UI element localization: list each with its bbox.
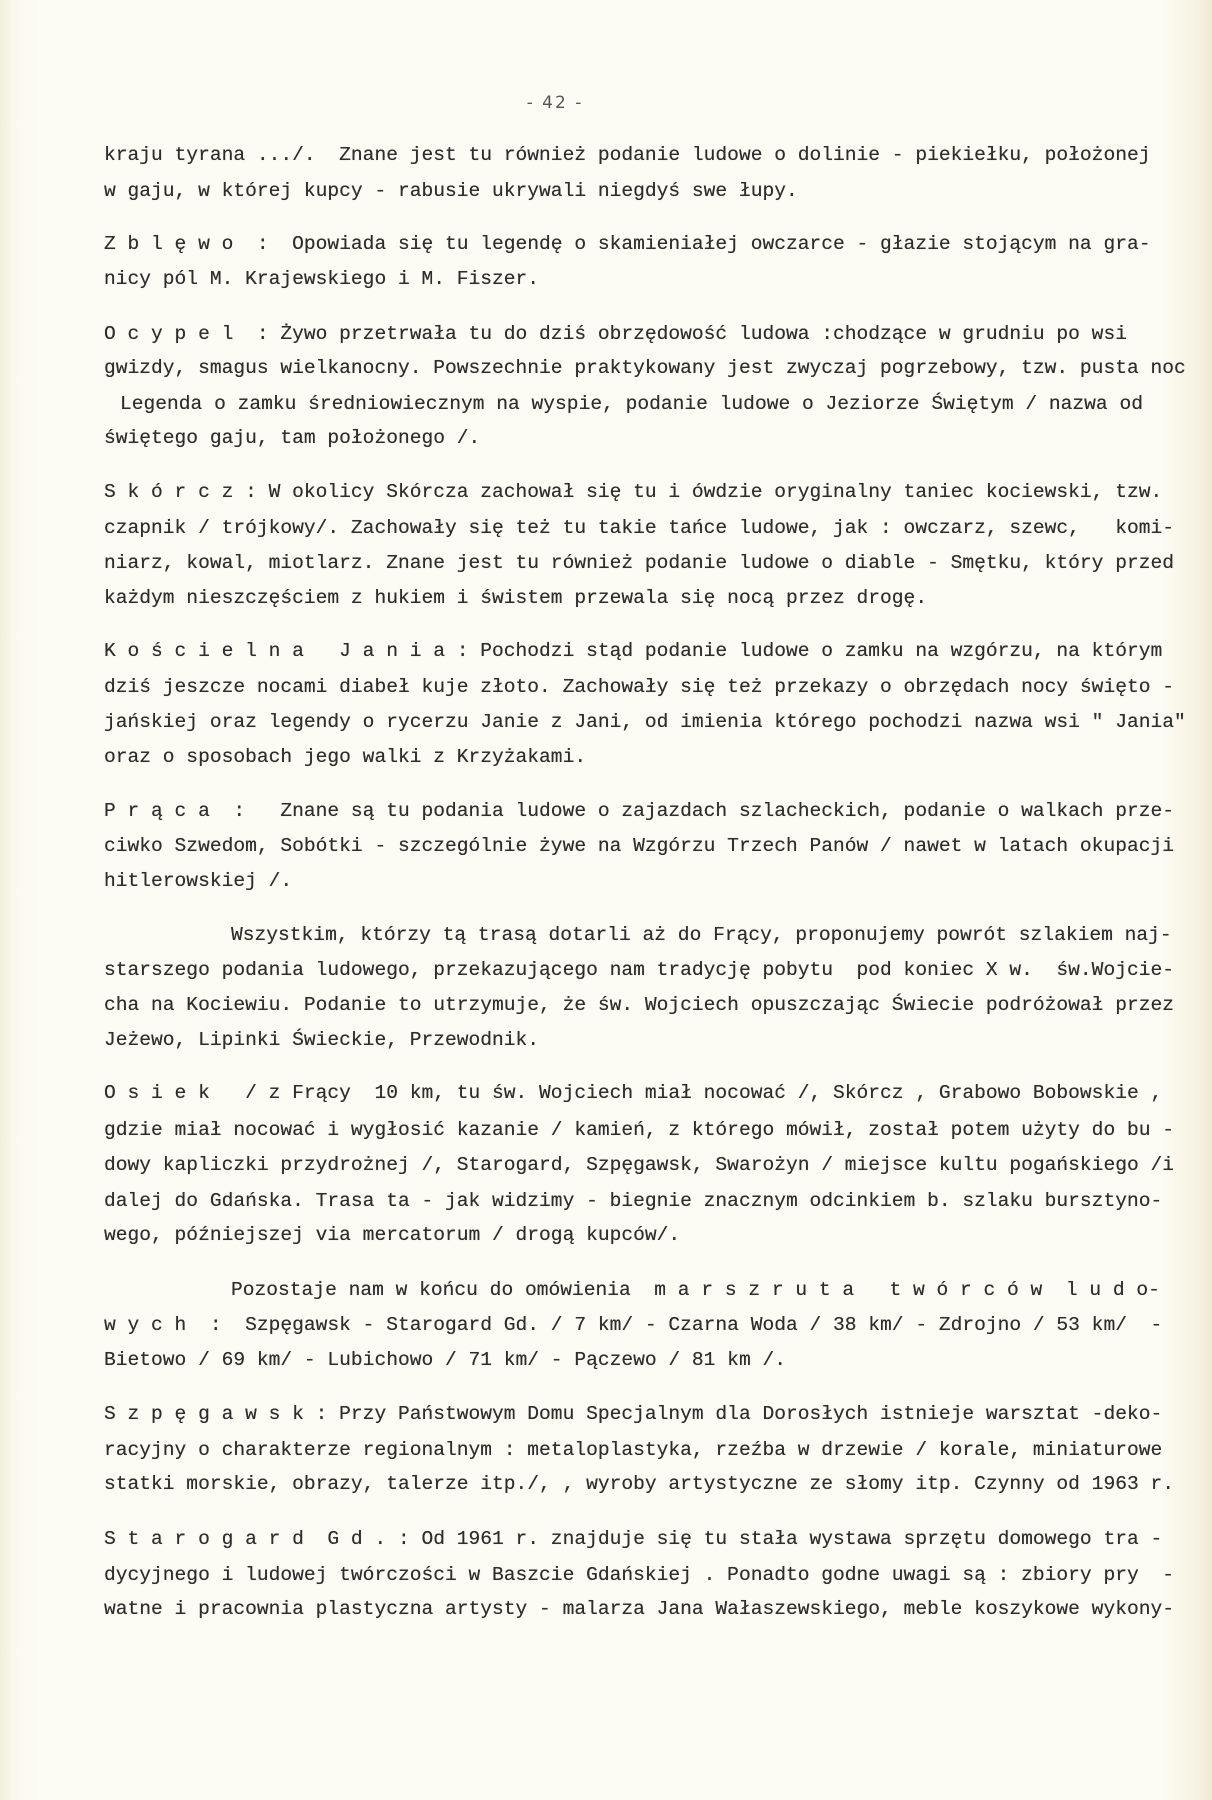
text-line: Legenda o zamku średniowiecznym na wyspi… (120, 392, 1105, 416)
text-line: O s i e k / z Frący 10 km, tu św. Wojcie… (104, 1081, 1089, 1105)
text-line: statki morskie, obrazy, talerze itp./, ,… (104, 1472, 1089, 1496)
text-line: dziś jeszcze nocami diabeł kuje złoto. Z… (104, 675, 1089, 699)
text-line: czapnik / trójkowy/. Zachowały się też t… (104, 516, 1089, 540)
text-line: niarz, kowal, miotlarz. Znane jest tu ró… (104, 551, 1089, 575)
text-line: dowy kapliczki przydrożnej /, Starogard,… (104, 1153, 1089, 1177)
text-line: nicy pól M. Krajewskiego i M. Fiszer. (104, 267, 1089, 291)
text-line: dycyjnego i ludowej twórczości w Baszcie… (104, 1563, 1089, 1587)
text-line: watne i pracownia plastyczna artysty - m… (104, 1597, 1089, 1621)
text-line: hitlerowskiej /. (104, 869, 1089, 893)
text-line: S k ó r c z : W okolicy Skórcza zachował… (104, 480, 1089, 504)
text-line: S t a r o g a r d G d . : Od 1961 r. zna… (104, 1527, 1089, 1551)
text-line: świętego gaju, tam położonego /. (104, 426, 1089, 450)
text-line: dalej do Gdańska. Trasa ta - jak widzimy… (104, 1189, 1089, 1213)
text-line: starszego podania ludowego, przekazujące… (104, 958, 1089, 982)
document-page: - 42 - kraju tyrana .../. Znane jest tu … (0, 0, 1212, 1800)
text-line: w y c h : Szpęgawsk - Starogard Gd. / 7 … (104, 1313, 1089, 1337)
text-line: Z b l ę w o : Opowiada się tu legendę o … (104, 232, 1089, 256)
text-line: Pozostaje nam w końcu do omówienia m a r… (231, 1278, 1212, 1302)
text-line: jańskiej oraz legendy o rycerzu Janie z … (104, 710, 1089, 734)
text-line: racyjny o charakterze regionalnym : meta… (104, 1438, 1089, 1462)
text-line: Bietowo / 69 km/ - Lubichowo / 71 km/ - … (104, 1348, 1089, 1372)
text-line: gwizdy, smagus wielkanocny. Powszechnie … (104, 356, 1089, 380)
text-line: kraju tyrana .../. Znane jest tu również… (104, 143, 1089, 167)
text-line: cha na Kociewiu. Podanie to utrzymuje, ż… (104, 993, 1089, 1017)
text-line: S z p ę g a w s k : Przy Państwowym Domu… (104, 1402, 1089, 1426)
text-line: O c y p e l : Żywo przetrwała tu do dziś… (104, 322, 1089, 346)
text-line: oraz o sposobach jego walki z Krzyżakami… (104, 745, 1089, 769)
text-line: w gaju, w której kupcy - rabusie ukrywal… (104, 179, 1089, 203)
text-line: P r ą c a : Znane są tu podania ludowe o… (104, 799, 1089, 823)
page-number: - 42 - (0, 93, 1110, 113)
text-line: gdzie miał nocować i wygłosić kazanie / … (104, 1118, 1089, 1142)
text-line: ciwko Szwedom, Sobótki - szczególnie żyw… (104, 834, 1089, 858)
text-line: Wszystkim, którzy tą trasą dotarli aż do… (231, 923, 1212, 947)
text-line: K o ś c i e l n a J a n i a : Pochodzi s… (104, 639, 1089, 663)
text-line: wego, późniejszej via mercatorum / drogą… (104, 1223, 1089, 1247)
text-line: Jeżewo, Lipinki Świeckie, Przewodnik. (104, 1028, 1089, 1052)
text-line: każdym nieszczęściem z hukiem i świstem … (104, 586, 1089, 610)
